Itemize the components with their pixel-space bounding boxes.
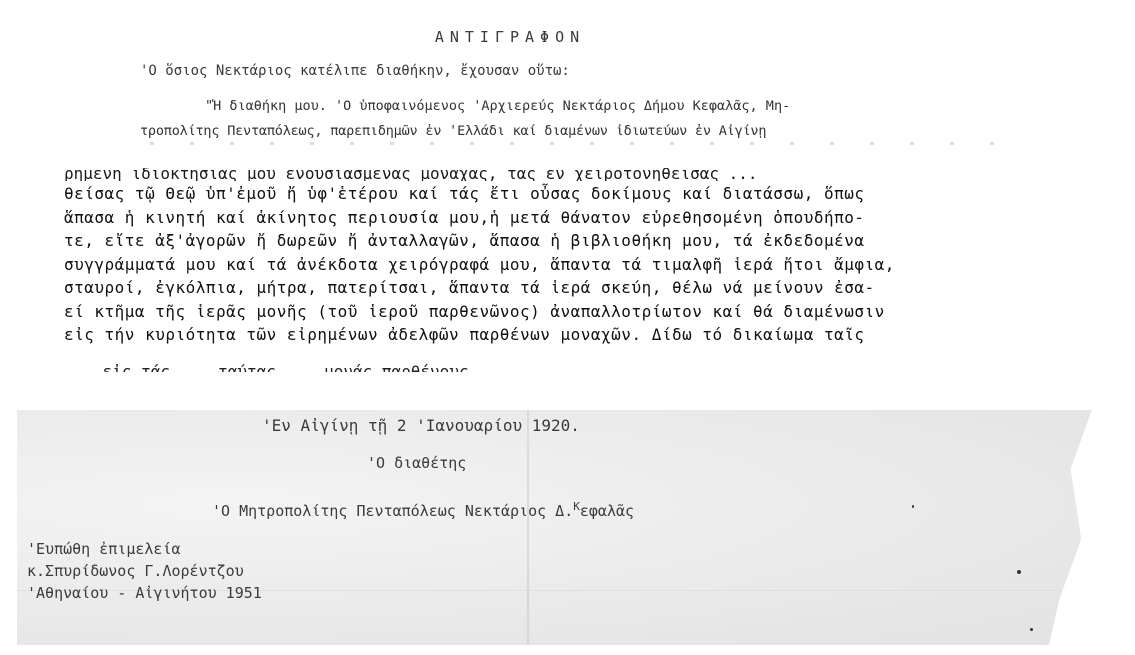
- will-opening-line-1: "Ἡ διαθήκη μου. 'Ο ὑποφαινόμενος 'Αρχιερ…: [205, 98, 790, 114]
- body-line: θείσας τῷ Θεῷ ὑπ'ἐμοῦ ἤ ὑφ'ἑτέρου καί τά…: [64, 182, 895, 206]
- signature-line: 'Ο Μητροπολίτης Πενταπόλεως Νεκτάριος Δ.…: [212, 500, 634, 520]
- intro-line: 'Ο ὅσιος Νεκτάριος κατέλιπε διαθήκην, ἔχ…: [140, 63, 570, 79]
- credit-line: 'Ευπώθη ἐπιμελεία: [27, 538, 262, 560]
- body-line: εί κτῆμα τῆς ἱερᾶς μονῆς (τοῦ ἱεροῦ παρθ…: [64, 300, 895, 324]
- signature-page: 'Εν Αἰγίνῃ τῇ 2 'Ιανουαρίου 1920. 'Ο δια…: [17, 410, 1092, 645]
- will-body-excerpt: ρημενη ιδιοκτησιας μου ενουσιασμενας μον…: [0, 160, 1135, 375]
- body-line: τε, εἴτε ἀξ'ἀγορῶν ἤ δωρεῶν ἤ ἀνταλλαγῶν…: [64, 229, 895, 253]
- credit-line: κ.Σπυρίδωνος Γ.Λορέντζου: [27, 560, 262, 582]
- document-title: ΑΝΤΙΓΡΑΦΟΝ: [0, 28, 1020, 46]
- ink-spot: [1030, 628, 1033, 631]
- body-line: ἅπασα ἡ κινητή καί ἀκίνητος περιουσία μο…: [64, 206, 895, 230]
- document-header-excerpt: ΑΝΤΙΓΡΑΦΟΝ 'Ο ὅσιος Νεκτάριος κατέλιπε δ…: [0, 0, 1135, 150]
- ink-spot: [1017, 570, 1021, 574]
- paper-fold-crease: [527, 410, 529, 645]
- body-line: εἰς τήν κυριότητα τῶν εἰρημένων ἀδελφῶν …: [64, 323, 895, 347]
- credit-line: 'Αθηναίου - Αἰγινήτου 1951: [27, 582, 262, 604]
- partial-cropped-line: ... εἰς τάς ... ταύτας ... μονάς παρθένο…: [64, 362, 1064, 372]
- will-opening-line-2: τροπολίτης Πενταπόλεως, παρεπιδημῶν ἐν '…: [140, 123, 766, 139]
- date-line: 'Εν Αἰγίνῃ τῇ 2 'Ιανουαρίου 1920.: [262, 416, 580, 435]
- print-credit: 'Ευπώθη ἐπιμελεία κ.Σπυρίδωνος Γ.Λορέντζ…: [27, 538, 262, 604]
- testator-label: 'Ο διαθέτης: [367, 454, 466, 472]
- ink-spot: [912, 505, 914, 508]
- will-body-lines: θείσας τῷ Θεῷ ὑπ'ἐμοῦ ἤ ὑφ'ἑτέρου καί τά…: [64, 182, 895, 347]
- cropped-text-fragment: [150, 142, 1030, 145]
- partial-cropped-line: ρημενη ιδιοκτησιας μου ενουσιασμενας μον…: [64, 168, 1034, 181]
- body-line: συγγράμματά μου καί τά ἀνέκδοτα χειρόγρα…: [64, 253, 895, 277]
- body-line: σταυροί, ἐγκόλπια, μήτρα, πατερίτσαι, ἅπ…: [64, 276, 895, 300]
